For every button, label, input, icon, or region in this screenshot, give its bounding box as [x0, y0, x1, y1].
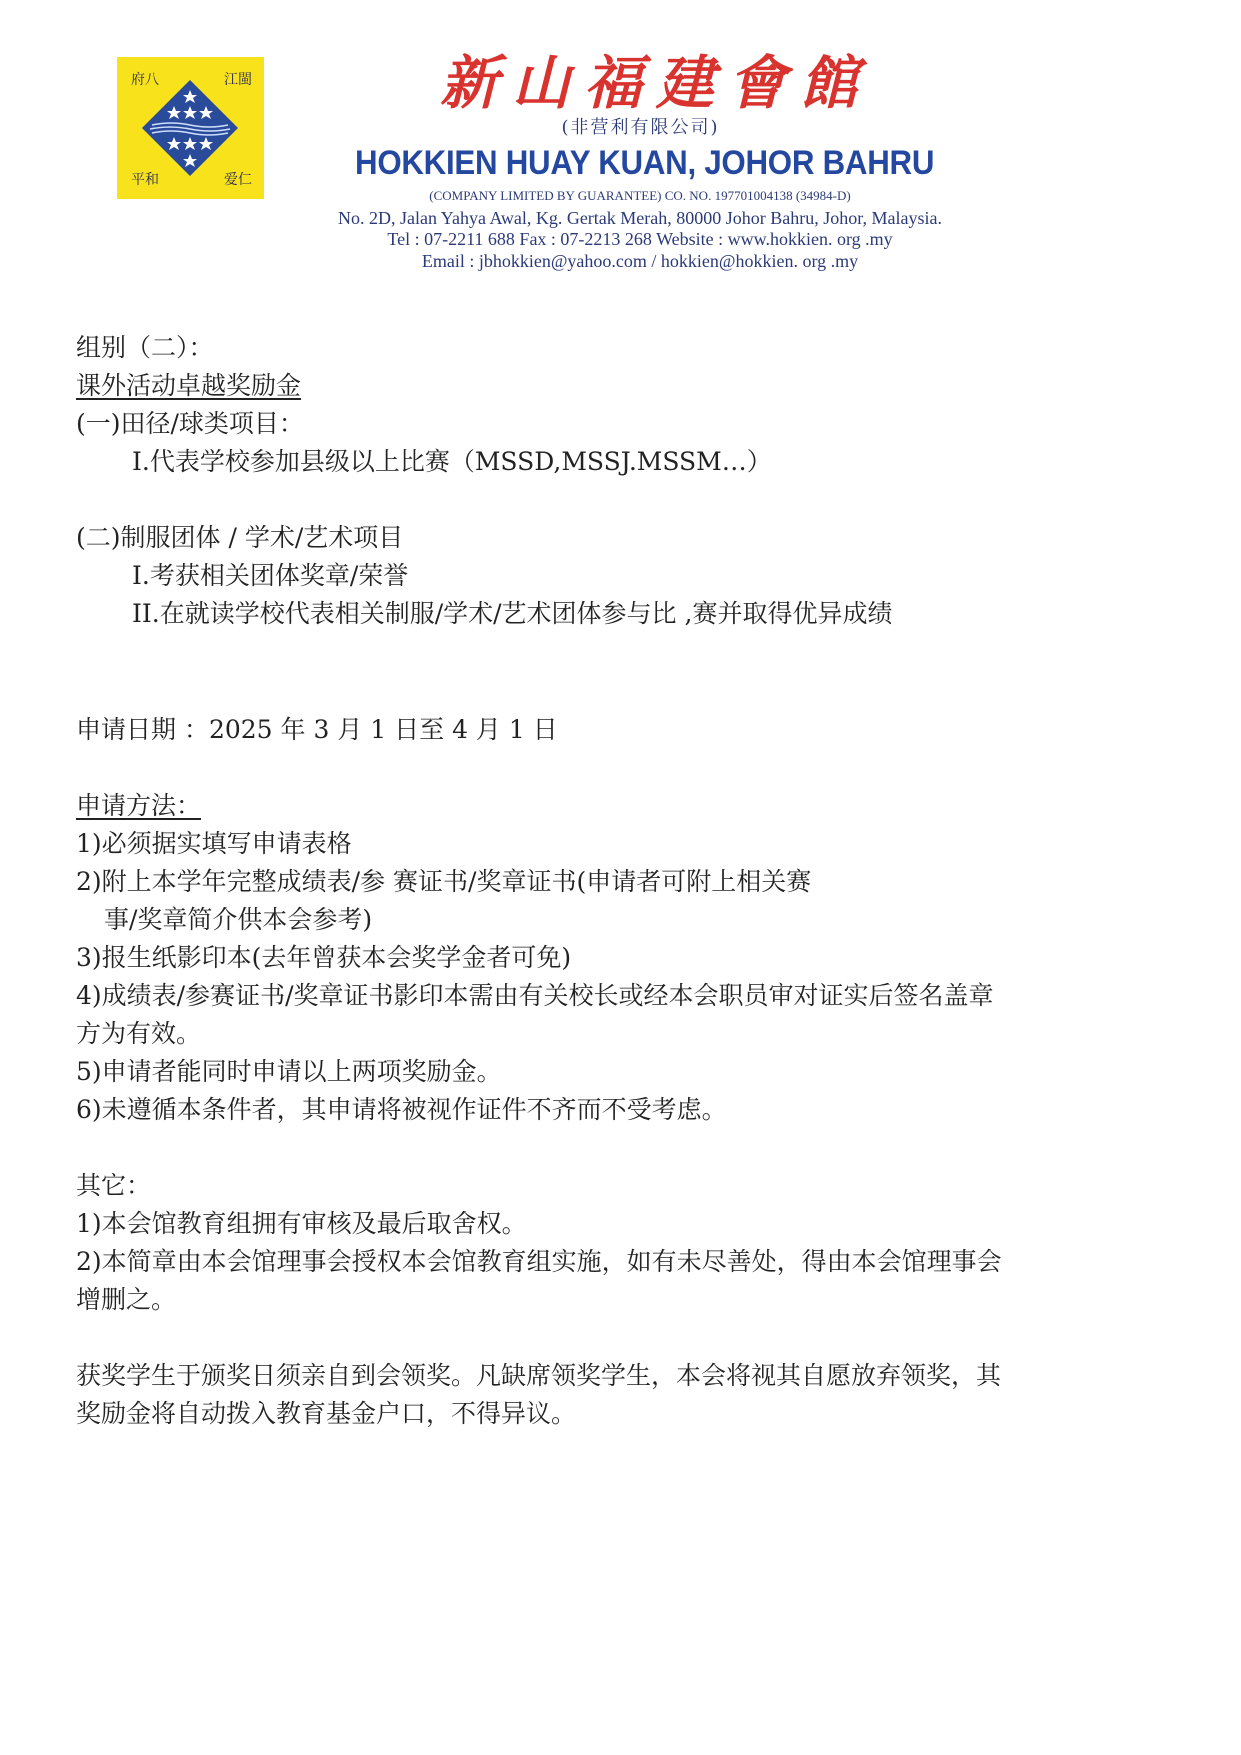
- organization-name-chinese: 新山福建會館: [440, 36, 872, 120]
- method-line: 4)成绩表/参赛证书/奖章证书影印本需由有关校长或经本会职员审对证实后签名盖章: [76, 976, 994, 1012]
- category-2-title: (二)制服团体 / 学术/艺术项目: [76, 518, 403, 554]
- method-line: 6)未遵循本条件者，其申请将被视作证件不齐而不受考虑。: [76, 1090, 727, 1126]
- method-line: 1)必须据实填写申请表格: [76, 824, 352, 860]
- category-1-item: I.代表学校参加县级以上比赛（MSSD,MSSJ.MSSM…）: [132, 442, 772, 478]
- method-line: 5)申请者能同时申请以上两项奖励金。: [76, 1052, 502, 1088]
- others-line: 1)本会馆教育组拥有审核及最后取舍权。: [76, 1204, 527, 1240]
- organization-name-english: HOKKIEN HUAY KUAN, JOHOR BAHRU: [355, 144, 934, 183]
- others-line: 2)本简章由本会馆理事会授权本会馆教育组实施，如有未尽善处，得由本会馆理事会: [76, 1242, 1002, 1278]
- contact-info: Tel : 07-2211 688 Fax : 07-2213 268 Webs…: [300, 229, 980, 250]
- others-line: 增删之。: [76, 1280, 176, 1316]
- others-title: 其它：: [76, 1166, 151, 1202]
- address: No. 2D, Jalan Yahya Awal, Kg. Gertak Mer…: [300, 208, 980, 229]
- email-info: Email : jbhokkien@yahoo.com / hokkien@ho…: [300, 251, 980, 272]
- notice-line: 奖励金将自动拨入教育基金户口，不得异议。: [76, 1394, 576, 1430]
- method-line: 方为有效。: [76, 1014, 201, 1050]
- notice-line: 获奖学生于颁奖日须亲自到会领奖。凡缺席领奖学生，本会将视其自愿放弃领奖，其: [76, 1356, 1001, 1392]
- application-date: 申请日期 ：2025 年 3 月 1 日至 4 月 1 日: [76, 710, 558, 746]
- method-title: 申请方法：: [76, 786, 201, 822]
- category-2-item: II.在就读学校代表相关制服/学术/艺术团体参与比 ,赛并取得优异成绩: [132, 594, 892, 630]
- category-1-title: (一)田径/球类项目：: [76, 404, 304, 440]
- group-title: 组别（二）：: [76, 328, 214, 364]
- award-title: 课外活动卓越奖励金: [76, 366, 301, 402]
- method-line: 3)报生纸影印本(去年曾获本会奖学金者可免): [76, 938, 571, 974]
- category-2-item: I.考获相关团体奖章/荣誉: [132, 556, 408, 592]
- method-line: 2)附上本学年完整成绩表/参 赛证书/奖章证书(申请者可附上相关赛: [76, 862, 811, 898]
- company-registration: (COMPANY LIMITED BY GUARANTEE) CO. NO. 1…: [300, 188, 980, 204]
- nonprofit-note: (非营利有限公司): [0, 113, 1241, 139]
- method-line: 事/奖章简介供本会参考): [104, 900, 372, 936]
